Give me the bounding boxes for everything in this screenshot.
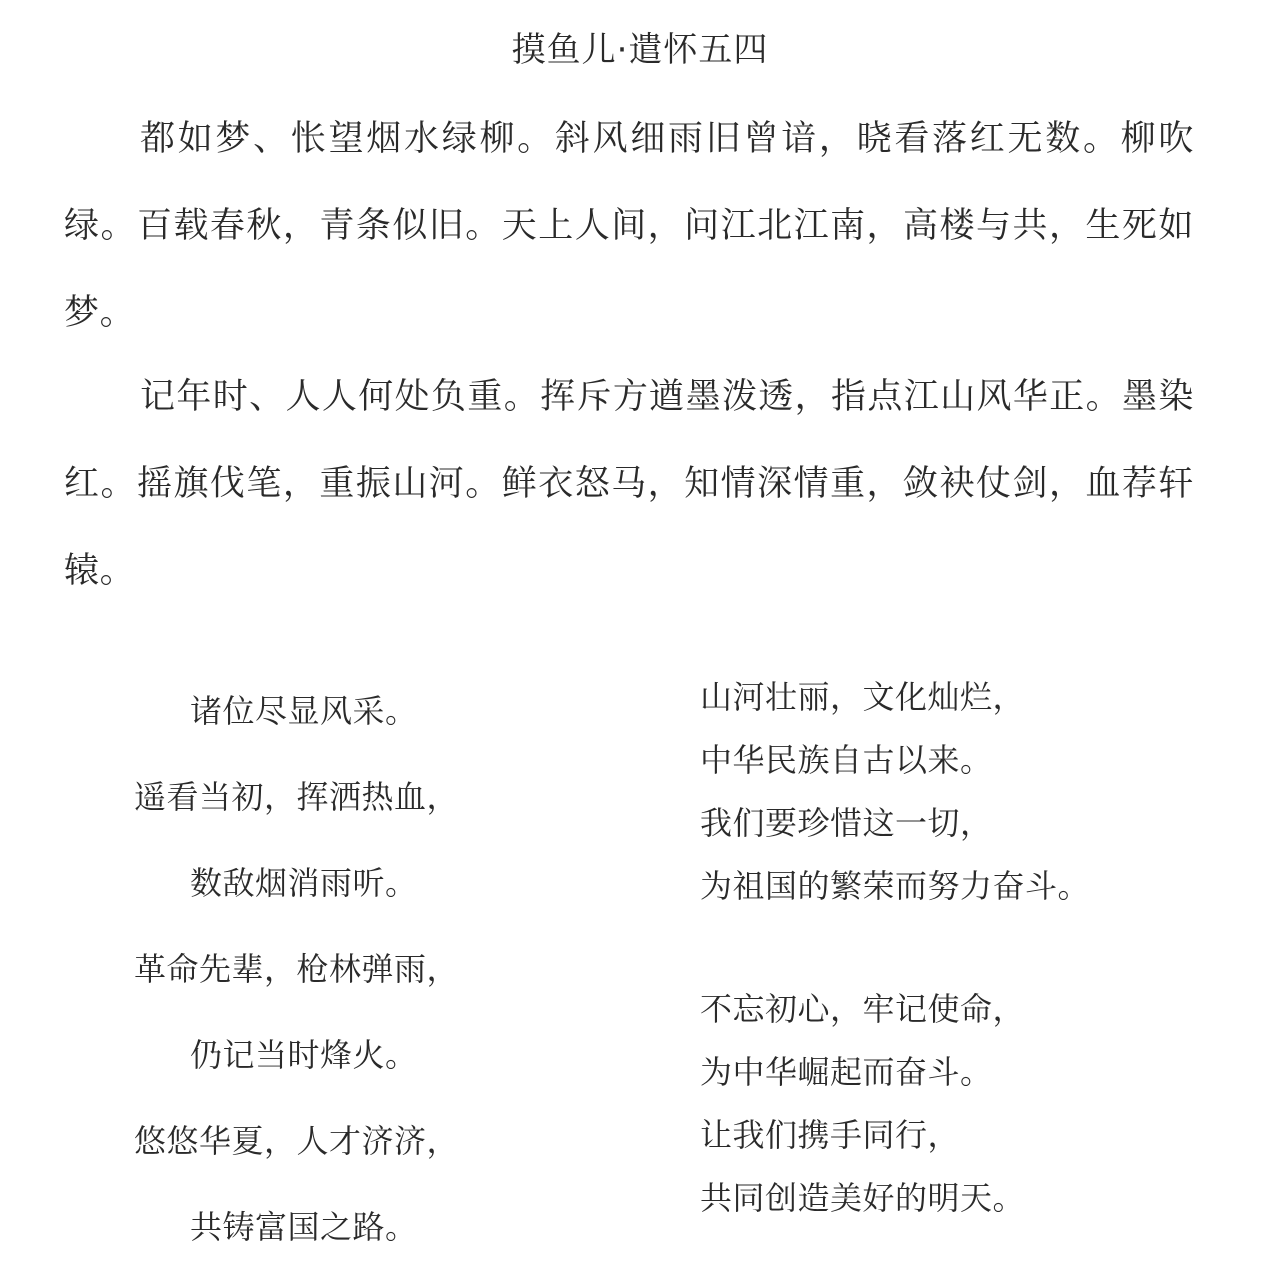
poem-line: 为中华崛起而奋斗。 [700, 1041, 1220, 1104]
poem-line: 为祖国的繁荣而努力奋斗。 [700, 855, 1220, 918]
stanza-1: 山河壮丽，文化灿烂， 中华民族自古以来。 我们要珍惜这一切， 为祖国的繁荣而努力… [700, 666, 1220, 918]
poem-line: 我们要珍惜这一切， [700, 792, 1220, 855]
poem-line: 共同创造美好的明天。 [700, 1167, 1220, 1230]
poem-line: 诸位尽显风采。 [134, 668, 594, 754]
poem-line: 革命先辈，枪林弹雨， [134, 926, 594, 1012]
stanza-2: 不忘初心，牢记使命， 为中华崛起而奋斗。 让我们携手同行， 共同创造美好的明天。 [700, 978, 1220, 1230]
poem-line: 让我们携手同行， [700, 1104, 1220, 1167]
poem-line: 仍记当时烽火。 [134, 1012, 594, 1098]
paragraph-1: 都如梦、怅望烟水绿柳。斜风细雨旧曾谙，晓看落红无数。柳吹绿。百载春秋，青条似旧。… [64, 96, 1194, 357]
poem-line: 遥看当初，挥洒热血， [134, 754, 594, 840]
poem-line: 中华民族自古以来。 [700, 729, 1220, 792]
paragraph-2: 记年时、人人何处负重。挥斥方遒墨泼透，指点江山风华正。墨染红。摇旗伐笔，重振山河… [64, 354, 1194, 615]
poem-line: 山河壮丽，文化灿烂， [700, 666, 1220, 729]
left-poem: 诸位尽显风采。 遥看当初，挥洒热血， 数敌烟消雨听。 革命先辈，枪林弹雨， 仍记… [134, 668, 594, 1270]
poem-line: 不忘初心，牢记使命， [700, 978, 1220, 1041]
poem-line: 数敌烟消雨听。 [134, 840, 594, 926]
right-poem: 山河壮丽，文化灿烂， 中华民族自古以来。 我们要珍惜这一切， 为祖国的繁荣而努力… [700, 666, 1220, 1230]
document-title: 摸鱼儿·遣怀五四 [0, 26, 1280, 74]
poem-line: 悠悠华夏，人才济济， [134, 1098, 594, 1184]
poem-line: 共铸富国之路。 [134, 1184, 594, 1270]
